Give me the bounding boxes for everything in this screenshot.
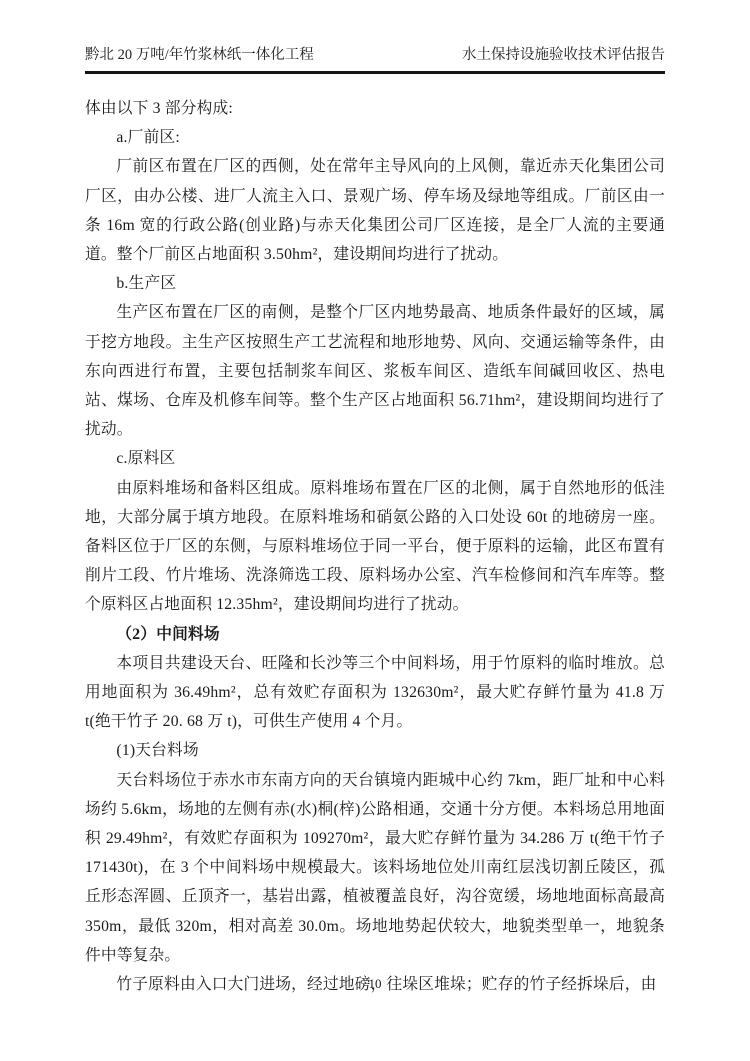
heading-raw-material-area: c.原料区 bbox=[85, 444, 665, 473]
paragraph-factory-front-area: 厂前区布置在厂区的西侧，处在常年主导风向的上风侧，靠近赤天化集团公司厂区，由办公… bbox=[85, 152, 665, 269]
page-header: 黔北 20 万吨/年竹浆林纸一体化工程 水土保持设施验收技术评估报告 bbox=[85, 46, 665, 74]
heading-factory-front-area: a.厂前区: bbox=[85, 123, 665, 152]
paragraph-intermediate-stockyards: 本项目共建设天台、旺隆和长沙等三个中间料场，用于竹原料的临时堆放。总用地面积为 … bbox=[85, 649, 665, 737]
paragraph-production-area: 生产区布置在厂区的南侧，是整个厂区内地势最高、地质条件最好的区域，属于挖方地段。… bbox=[85, 298, 665, 444]
document-page: 黔北 20 万吨/年竹浆林纸一体化工程 水土保持设施验收技术评估报告 体由以下 … bbox=[0, 0, 750, 1061]
header-right-title: 水土保持设施验收技术评估报告 bbox=[462, 46, 665, 64]
header-divider-rule bbox=[85, 71, 665, 74]
paragraph-raw-material-area: 由原料堆场和备料区组成。原料堆场布置在厂区的北侧，属于自然地形的低洼地，大部分属… bbox=[85, 474, 665, 620]
paragraph-tiantai-stockyard: 天台料场位于赤水市东南方向的天台镇境内距城中心约 7km，距厂址和中心料场约 5… bbox=[85, 766, 665, 970]
heading-production-area: b.生产区 bbox=[85, 269, 665, 298]
header-left-title: 黔北 20 万吨/年竹浆林纸一体化工程 bbox=[85, 46, 314, 64]
page-footer: 10 bbox=[0, 976, 750, 992]
page-number: 10 bbox=[369, 976, 382, 991]
heading-intermediate-stockyards: （2）中间料场 bbox=[85, 620, 665, 649]
heading-tiantai-stockyard: (1)天台料场 bbox=[85, 736, 665, 765]
paragraph-intro-continuation: 体由以下 3 部分构成: bbox=[85, 94, 665, 123]
document-body: 体由以下 3 部分构成: a.厂前区: 厂前区布置在厂区的西侧，处在常年主导风向… bbox=[85, 94, 665, 999]
